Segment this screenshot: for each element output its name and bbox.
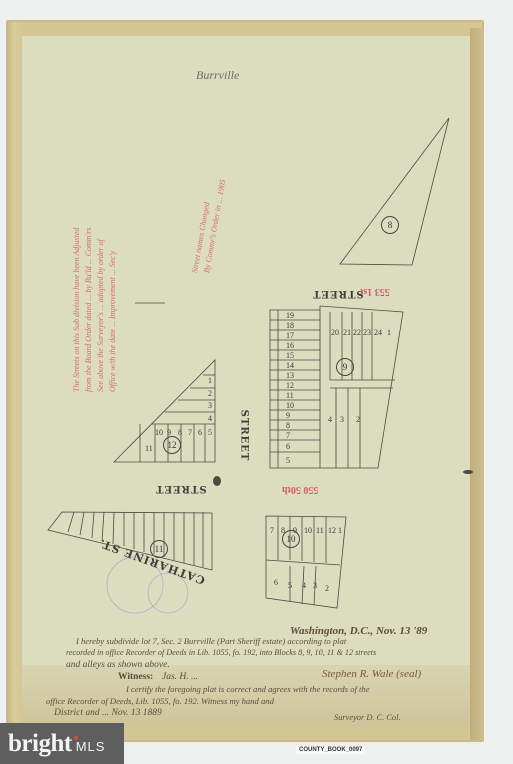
logo-text: bright — [8, 730, 72, 758]
red-note-line-3: See above the Surveyor's ... adopted by … — [96, 239, 105, 392]
signer-signature: Stephen R. Wale (seal) — [322, 668, 421, 680]
lot-label: 12 — [328, 526, 336, 535]
block-9-badge: 9 — [336, 358, 354, 376]
lot-label: 12 — [286, 381, 294, 390]
lot-label: 11 — [316, 526, 324, 535]
logo-accent-dot — [74, 736, 78, 740]
certificate-line-5: office Recorder of Deeds, Lib. 1055, fo.… — [46, 696, 274, 706]
logo-suffix: MLS — [76, 739, 106, 754]
bright-mls-logo: bright MLS — [0, 723, 124, 764]
certificate-line-6: District and ... Nov. 13 1889 — [54, 708, 162, 718]
lot-label: 10 — [155, 428, 163, 437]
lot-label: 9 — [293, 526, 297, 535]
lot-label: 17 — [286, 331, 294, 340]
lot-label: 5 — [208, 428, 212, 437]
certificate-line-2: recorded in office Recorder of Deeds in … — [66, 648, 376, 657]
lot-label: 6 — [274, 578, 278, 587]
lot-label: 3 — [340, 415, 344, 424]
lot-label: 11 — [286, 391, 294, 400]
lot-label: 9 — [286, 411, 290, 420]
certificate-line-1: I hereby subdivide lot 7, Sec. 2 Burrvil… — [76, 636, 346, 646]
lot-label: 7 — [270, 526, 274, 535]
lot-label: 19 — [286, 311, 294, 320]
lot-label: 7 — [286, 431, 290, 440]
lot-label: 10 — [286, 401, 294, 410]
lot-label: 3 — [313, 581, 317, 590]
block-8-outline — [340, 118, 449, 265]
lot-label: 21 — [343, 328, 351, 337]
lot-label: 10 — [304, 526, 312, 535]
lot-label: 23 — [363, 328, 371, 337]
lot-label: 3 — [208, 401, 212, 410]
lot-label: 2 — [325, 584, 329, 593]
certificate-line-4: I certify the foregoing plat is correct … — [126, 684, 370, 694]
lot-label: 11 — [145, 444, 153, 453]
red-street-label-1: 553 1st — [360, 286, 390, 297]
lot-label: 8 — [286, 421, 290, 430]
lot-label: 1 — [208, 376, 212, 385]
lot-label: 22 — [353, 328, 361, 337]
block-9-left-lot-lines — [270, 310, 320, 468]
lot-label: 1 — [387, 328, 391, 337]
lot-label: 16 — [286, 341, 294, 350]
street-label-middle: STREET — [155, 483, 207, 494]
book-label: COUNTY_BOOK_0097 — [296, 746, 365, 754]
block-12-badge: 12 — [163, 436, 181, 454]
lot-label: 18 — [286, 321, 294, 330]
lot-label: 8 — [281, 526, 285, 535]
lot-label: 6 — [286, 442, 290, 451]
plat-title: Burrville — [196, 68, 239, 83]
street-label-top: STREET — [312, 288, 364, 299]
lot-label: 5 — [286, 456, 290, 465]
red-note-line-1: The Streets on this Sub division have be… — [72, 228, 81, 392]
red-note-line-2: from the Board Order dated ... by Bu'ld … — [84, 227, 93, 392]
lot-label: 15 — [286, 351, 294, 360]
ink-blot — [213, 476, 221, 486]
lot-label: 1 — [338, 526, 342, 535]
lot-label: 9 — [167, 428, 171, 437]
red-note-line-4: Office w/th the date ... Improvement ...… — [108, 251, 117, 392]
surveyor-label: Surveyor D. C. Col. — [334, 713, 401, 722]
block-11-badge: 11 — [150, 540, 168, 558]
lot-label: 8 — [178, 428, 182, 437]
lot-label: 4 — [302, 581, 306, 590]
block-11-outline — [48, 512, 212, 570]
lot-label: 2 — [208, 389, 212, 398]
lot-label: 20 — [331, 328, 339, 337]
lot-label: 14 — [286, 361, 294, 370]
block-8-badge: 8 — [381, 216, 399, 234]
lot-label: 24 — [374, 328, 382, 337]
red-street-label-2: 550 50th — [282, 484, 318, 495]
street-label-vertical: STREET — [238, 410, 249, 462]
lot-label: 4 — [328, 415, 332, 424]
certificate-line-3: and alleys as shown above. — [66, 660, 170, 670]
witness-name: Jas. H. ... — [162, 672, 198, 682]
lot-label: 2 — [356, 415, 360, 424]
witness-label: Witness: — [118, 672, 153, 682]
lot-label: 5 — [288, 581, 292, 590]
lot-label: 6 — [198, 428, 202, 437]
lot-label: 4 — [208, 414, 212, 423]
lot-label: 7 — [188, 428, 192, 437]
lot-label: 13 — [286, 371, 294, 380]
